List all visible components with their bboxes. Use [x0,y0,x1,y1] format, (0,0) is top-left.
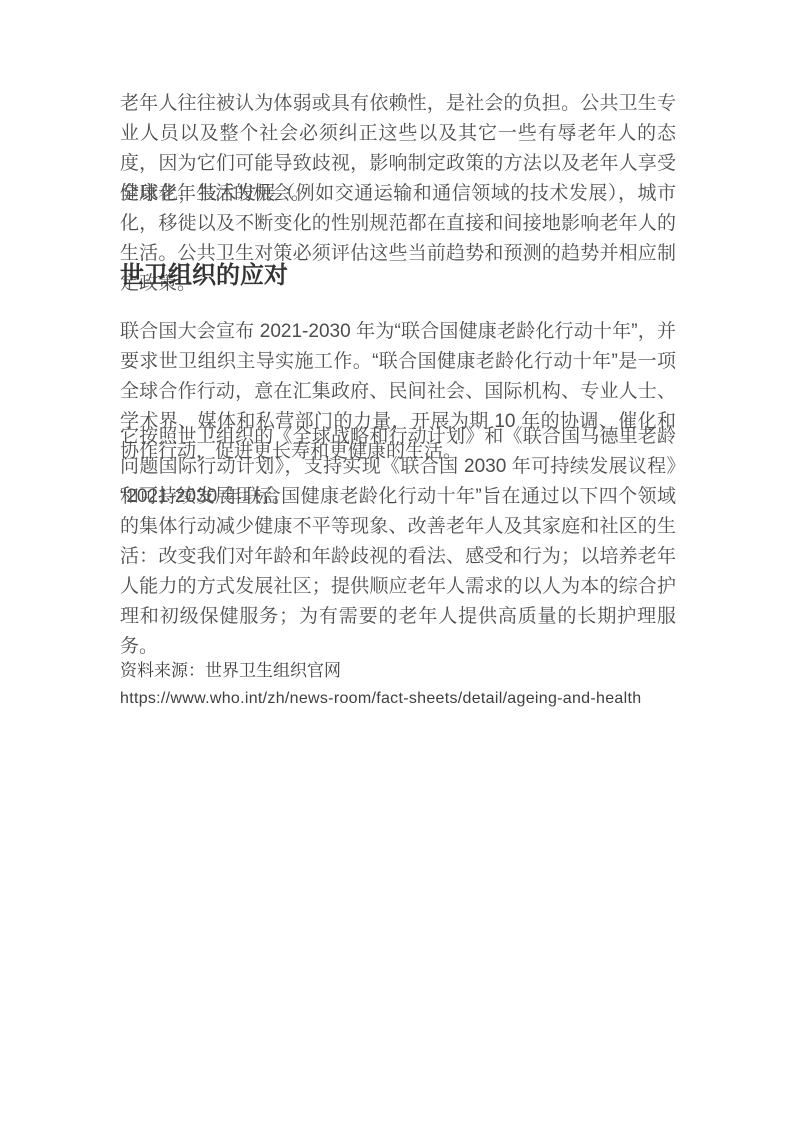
section-heading: 世卫组织的应对 [120,261,676,291]
source-url: https://www.who.int/zh/news-room/fact-sh… [120,687,676,711]
document-page: 老年人往往被认为体弱或具有依赖性，是社会的负担。公共卫生专业人员以及整个社会必须… [0,0,793,1122]
section-paragraph-3: “2021-2030 年联合国健康老龄化行动十年”旨在通过以下四个领域的集体行动… [120,482,676,662]
source-label: 资料来源：世界卫生组织官网 [120,658,676,684]
